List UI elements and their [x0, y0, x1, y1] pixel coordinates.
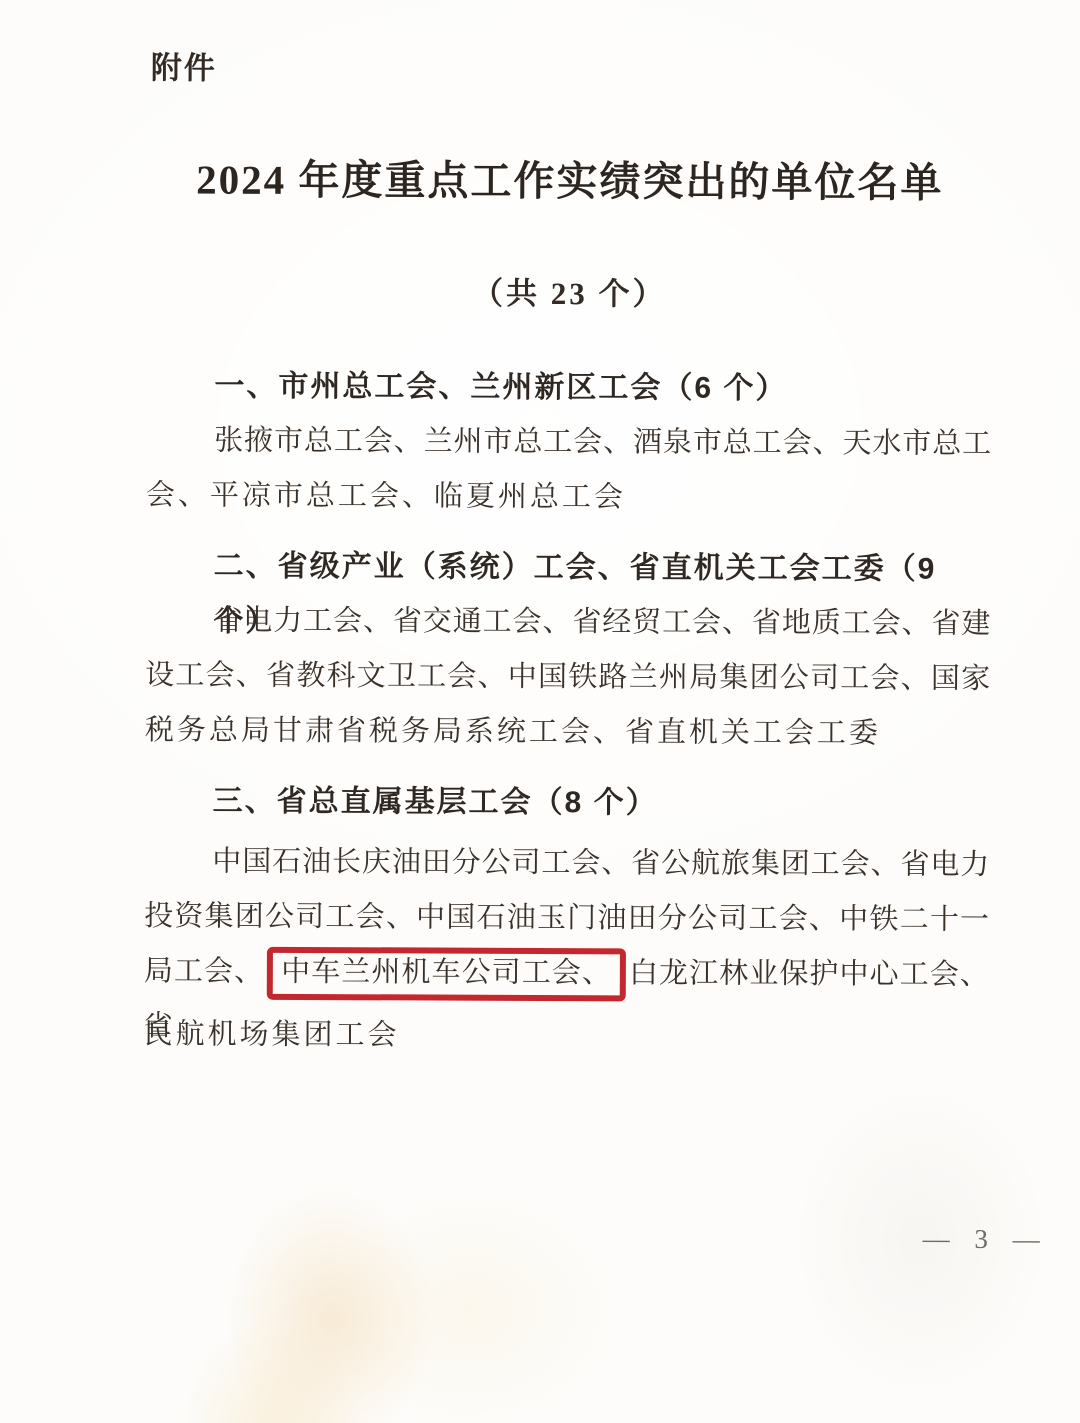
section-2-line-2: 设工会、省教科文卫工会、中国铁路兰州局集团公司工会、国家: [145, 648, 990, 707]
attachment-label: 附件: [151, 42, 217, 87]
section-3-line-1: 中国石油长庆油田分公司工会、省公航旅集团工会、省电力: [144, 834, 989, 893]
highlighted-unit: 中车兰州机车公司工会、: [281, 956, 612, 989]
highlight-line-before: 局工会、: [144, 955, 264, 988]
section-3-line-3: 局工会、中车兰州机车公司工会、白龙江林业保护中心工会、省: [144, 944, 989, 1003]
section-2-line-3: 税务总局甘肃省税务局系统工会、省直机关工会工委: [145, 703, 990, 762]
section-1-heading: 一、市州总工会、兰州新区工会（6 个）: [146, 358, 991, 417]
section-1-line-1: 张掖市总工会、兰州市总工会、酒泉市总工会、天水市总工: [146, 413, 991, 472]
document-title: 2024 年度重点工作实绩突出的单位名单: [147, 146, 992, 209]
document-body: 一、市州总工会、兰州新区工会（6 个） 张掖市总工会、兰州市总工会、酒泉市总工会…: [143, 358, 991, 1066]
red-highlight-box: 中车兰州机车公司工会、: [267, 947, 626, 1002]
section-3-line-2: 投资集团公司工会、中国石油玉门油田分公司工会、中铁二十一: [144, 889, 989, 948]
section-2-heading: 二、省级产业（系统）工会、省直机关工会工委（9 个）: [146, 538, 991, 597]
section-1-line-2: 会、平凉市总工会、临夏州总工会: [146, 468, 991, 527]
section-3-line-4: 民航机场集团工会: [143, 1007, 988, 1066]
section-3-heading: 三、省总直属基层工会（8 个）: [144, 773, 989, 832]
unit-count-subtitle: （共 23 个）: [147, 266, 992, 315]
section-2-line-1: 省电力工会、省交通工会、省经贸工会、省地质工会、省建: [145, 593, 990, 652]
paper-content: 附件 2024 年度重点工作实绩突出的单位名单 （共 23 个） 一、市州总工会…: [0, 0, 1080, 1423]
scanned-document-page: 附件 2024 年度重点工作实绩突出的单位名单 （共 23 个） 一、市州总工会…: [0, 0, 1080, 1423]
page-number: — 3 —: [923, 1224, 1049, 1256]
